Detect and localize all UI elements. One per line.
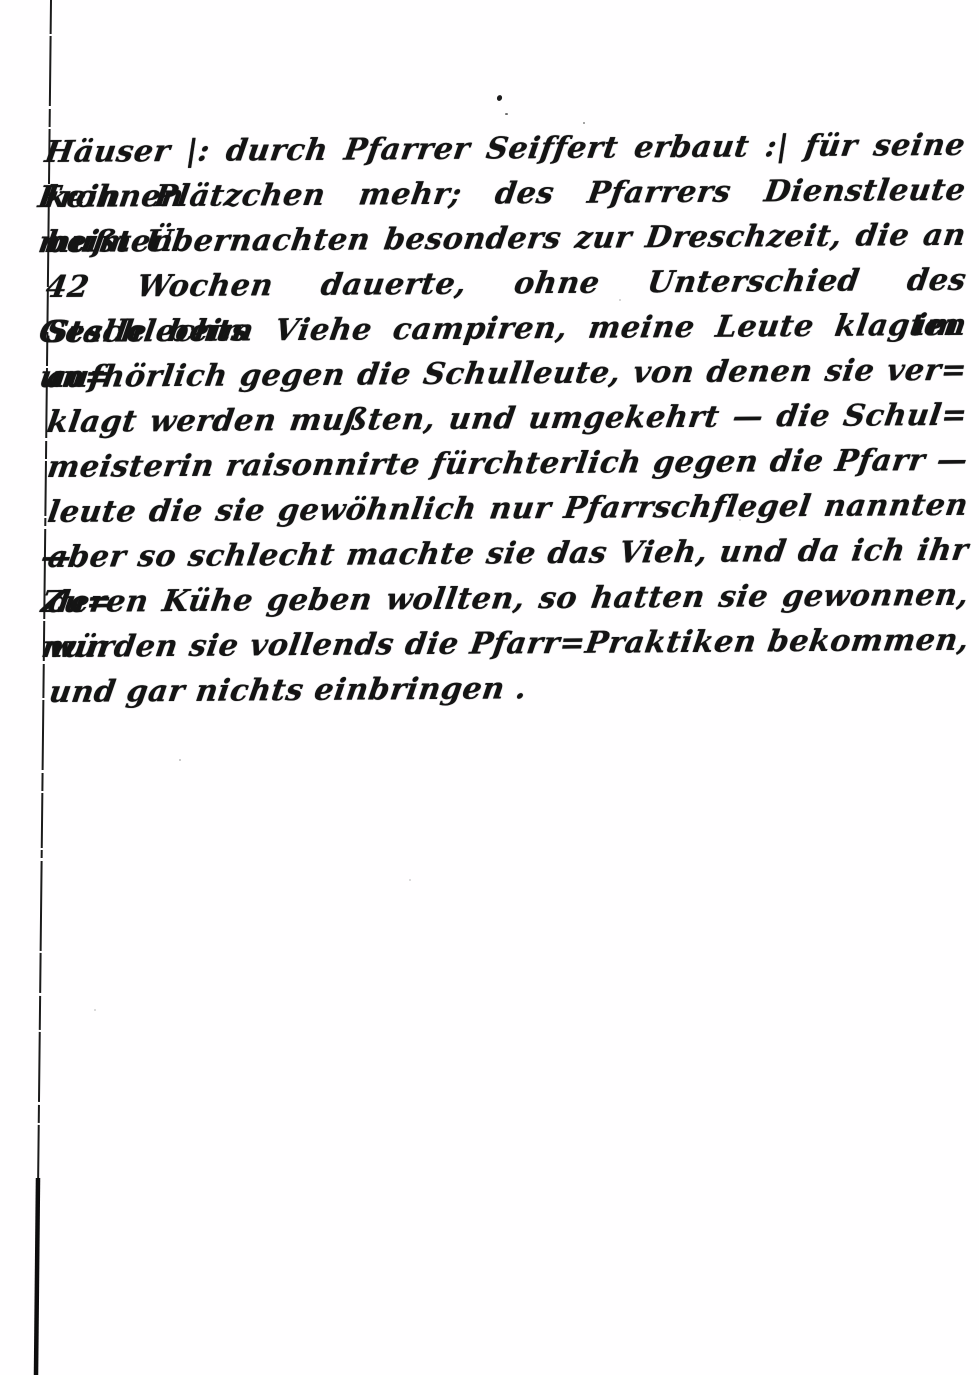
handwritten-line-5: Stalle beim Viehe campiren, meine Leute … [43, 303, 970, 355]
handwritten-line-8: meisterin raisonnirte fürchterlich gegen… [44, 438, 971, 490]
handwritten-line-1: Häuser |: durch Pfarrer Seiffert erbaut … [42, 123, 969, 175]
handwritten-line-6: aufhörlich gegen die Schulleute, von den… [44, 348, 971, 400]
handwritten-line-13: und gar nichts einbringen . [46, 663, 973, 715]
manuscript-page: Häuser |: durch Pfarrer Seiffert erbaut … [0, 0, 979, 1375]
handwritten-line-11: deren Kühe geben wollten, so hatten sie … [45, 573, 972, 625]
handwritten-line-7: klagt werden mußten, und umgekehrt — die… [44, 393, 971, 445]
handwritten-line-4: 42 Wochen dauerte, ohne Unterschied des … [43, 258, 970, 310]
handwritten-line-3: beim Übernachten besonders zur Dreschzei… [42, 213, 969, 265]
handwritten-line-2: kein Plätzchen mehr; des Pfarrers Dienst… [42, 168, 969, 220]
ink-speck [583, 122, 585, 124]
ink-speck [505, 113, 508, 115]
handwritten-line-9: leute die sie gewöhnlich nur Pfarrschfle… [45, 483, 972, 535]
handwritten-text-block: Häuser |: durch Pfarrer Seiffert erbaut … [45, 123, 970, 715]
handwritten-line-12: würden sie vollends die Pfarr=Praktiken … [46, 618, 973, 670]
handwritten-line-10: aber so schlecht machte sie das Vieh, un… [45, 528, 972, 580]
